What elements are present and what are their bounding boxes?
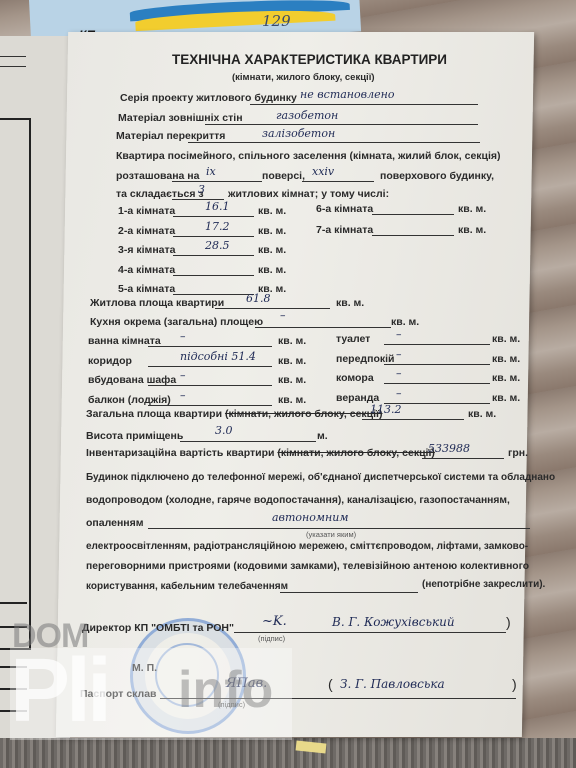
storeys-line <box>302 181 374 182</box>
living-area-line <box>215 308 330 309</box>
height-value[interactable]: 3.0 <box>215 424 233 437</box>
room-line <box>173 255 254 256</box>
room-label: 4-а кімната <box>118 264 175 276</box>
utilities-line-4: електроосвітленням, радіотрансляційною м… <box>86 541 528 552</box>
director-name[interactable]: В. Г. Кожухівський <box>332 615 455 629</box>
floor-suffix: поверсі, <box>262 170 305 182</box>
aux-room-unit: кв. м. <box>278 394 306 406</box>
height-unit: м. <box>317 430 328 442</box>
aux-room-label: коридор <box>88 355 132 367</box>
inventory-value-unit: грн. <box>508 447 528 459</box>
living-area-value[interactable]: 61.8 <box>246 292 271 305</box>
total-area-unit: кв. м. <box>468 408 496 420</box>
heating-value[interactable]: автономним <box>272 511 348 524</box>
aux-room-line <box>384 364 490 365</box>
aux-room-value[interactable]: – <box>396 367 402 380</box>
passport-name-close-paren: ) <box>512 676 517 692</box>
living-area-unit: кв. м. <box>336 297 364 309</box>
aux-room-line <box>148 385 272 386</box>
document-subtitle: (кімнати, жилого блоку, секції) <box>232 72 375 83</box>
floor-line <box>172 181 262 182</box>
utilities-line-6-suffix: (непотрібне закреслити). <box>422 579 545 590</box>
kitchen-unit: кв. м. <box>391 316 419 328</box>
total-area-line <box>362 419 464 420</box>
room-unit: кв. м. <box>458 203 486 215</box>
aux-room-unit: кв. м. <box>278 374 306 386</box>
aux-room-value[interactable]: – <box>180 369 186 382</box>
aux-room-label: туалет <box>336 333 370 345</box>
aux-room-unit: кв. м. <box>492 333 520 345</box>
project-series-line <box>250 104 478 105</box>
aux-room-value[interactable]: – <box>180 330 186 343</box>
aux-room-unit: кв. м. <box>278 355 306 367</box>
heating-hint: (указати яким) <box>306 530 356 539</box>
inventory-value-label: Інвентаризаційна вартість квартири (кімн… <box>86 447 435 459</box>
room-label: 7-а кімната <box>316 224 373 236</box>
floor-value[interactable]: іх <box>206 165 216 178</box>
height-label: Висота приміщень <box>86 430 183 442</box>
project-series-value[interactable]: не встановлено <box>300 88 394 101</box>
room-unit: кв. м. <box>258 225 286 237</box>
aux-room-value[interactable]: – <box>180 389 186 402</box>
storeys-suffix: поверхового будинку, <box>380 170 494 182</box>
aux-room-unit: кв. м. <box>492 392 520 404</box>
room-label: 6-а кімната <box>316 203 373 215</box>
utilities-line-1: Будинок підключено до телефонної мережі,… <box>86 472 555 483</box>
aux-room-unit: кв. м. <box>278 335 306 347</box>
floor-material-label: Матеріал перекриття <box>116 130 225 142</box>
rooms-count-value[interactable]: 3 <box>198 183 205 196</box>
room-line <box>372 214 454 215</box>
room-line <box>372 235 454 236</box>
room-unit: кв. м. <box>258 264 286 276</box>
aux-room-line <box>384 344 490 345</box>
floor-material-line <box>188 142 480 143</box>
room-unit: кв. м. <box>458 224 486 236</box>
total-area-label-text: Загальна площа квартири <box>86 408 222 420</box>
wall-material-label: Матеріал зовнішніх стін <box>118 112 243 124</box>
room-line <box>173 236 254 237</box>
director-sign-hint: (підпис) <box>258 634 285 643</box>
room-unit: кв. м. <box>258 244 286 256</box>
inventory-value-label-text: Інвентаризаційна вартість квартири <box>86 447 274 459</box>
aux-room-value[interactable]: – <box>396 348 402 361</box>
aux-room-unit: кв. м. <box>492 353 520 365</box>
apartment-type-text: Квартира посімейного, спільного заселенн… <box>116 150 501 162</box>
passport-name-open-paren: ( <box>328 676 333 692</box>
kitchen-line <box>255 327 391 328</box>
inventory-value-value[interactable]: 533988 <box>428 442 470 455</box>
storeys-value[interactable]: ххіv <box>312 165 334 178</box>
room-unit: кв. м. <box>258 205 286 217</box>
aux-room-label: веранда <box>336 392 379 404</box>
utilities-line-5: переговорними пристроями (кодовими замка… <box>86 561 529 572</box>
room-line <box>173 216 254 217</box>
floor-material-value[interactable]: залізобетон <box>262 127 335 140</box>
inventory-value-line <box>422 458 504 459</box>
heating-label: опаленням <box>86 517 144 529</box>
utilities-line-2: водопроводом (холодне, гаряче водопостач… <box>86 495 510 506</box>
aux-room-label: комора <box>336 372 374 384</box>
aux-room-line <box>148 346 272 347</box>
room-label: 3-я кімната <box>118 244 175 256</box>
document-title: ТЕХНІЧНА ХАРАКТЕРИСТИКА КВАРТИРИ <box>172 52 447 67</box>
inventory-value-struck-text: (кімнати, жилого блоку, секції) <box>277 447 435 459</box>
watermark-pli: Pli <box>10 640 108 743</box>
aux-room-value[interactable]: – <box>396 328 402 341</box>
director-signature-line <box>234 632 506 633</box>
aux-room-line <box>148 366 272 367</box>
height-line <box>180 441 316 442</box>
aux-room-line <box>148 405 272 406</box>
project-series-label: Серія проекту житлового будинку <box>120 92 297 104</box>
kitchen-label: Кухня окрема (загальна) площею <box>90 316 263 328</box>
room-value[interactable]: 28.5 <box>205 239 230 252</box>
heating-line <box>148 528 530 529</box>
kitchen-value[interactable]: – <box>280 309 286 322</box>
room-line <box>173 275 254 276</box>
room-value[interactable]: 16.1 <box>205 200 230 213</box>
director-name-close-paren: ) <box>506 614 511 630</box>
aux-room-value[interactable]: – <box>396 387 402 400</box>
room-line <box>173 294 254 295</box>
wall-material-value[interactable]: газобетон <box>276 109 338 122</box>
total-area-label: Загальна площа квартири (кімнати, жилого… <box>86 408 383 420</box>
watermark-info: info <box>178 660 273 720</box>
passport-name[interactable]: З. Г. Павловська <box>340 677 445 691</box>
director-label: Директор КП "ОМБТІ та РОН" <box>82 622 234 634</box>
room-label: 1-а кімната <box>118 205 175 217</box>
rooms-count-suffix: житлових кімнат; у тому числі: <box>228 188 389 200</box>
aux-room-unit: кв. м. <box>492 372 520 384</box>
room-value[interactable]: 17.2 <box>205 220 230 233</box>
total-area-value[interactable]: 113.2 <box>370 403 402 416</box>
room-label: 2-а кімната <box>118 225 175 237</box>
director-signature[interactable]: ~K. <box>262 614 287 629</box>
utilities-line-6-prefix: користування, кабельним телебаченням <box>86 581 288 592</box>
aux-room-value[interactable]: підсобні 51.4 <box>180 350 256 363</box>
room-label: 5-а кімната <box>118 283 175 295</box>
total-area-struck-text: (кімнати, жилого блоку, секції) <box>225 408 383 420</box>
wall-material-line <box>205 124 478 125</box>
living-area-label: Житлова площа квартири <box>90 297 224 309</box>
aux-room-line <box>384 383 490 384</box>
cable-tv-line <box>280 592 418 593</box>
